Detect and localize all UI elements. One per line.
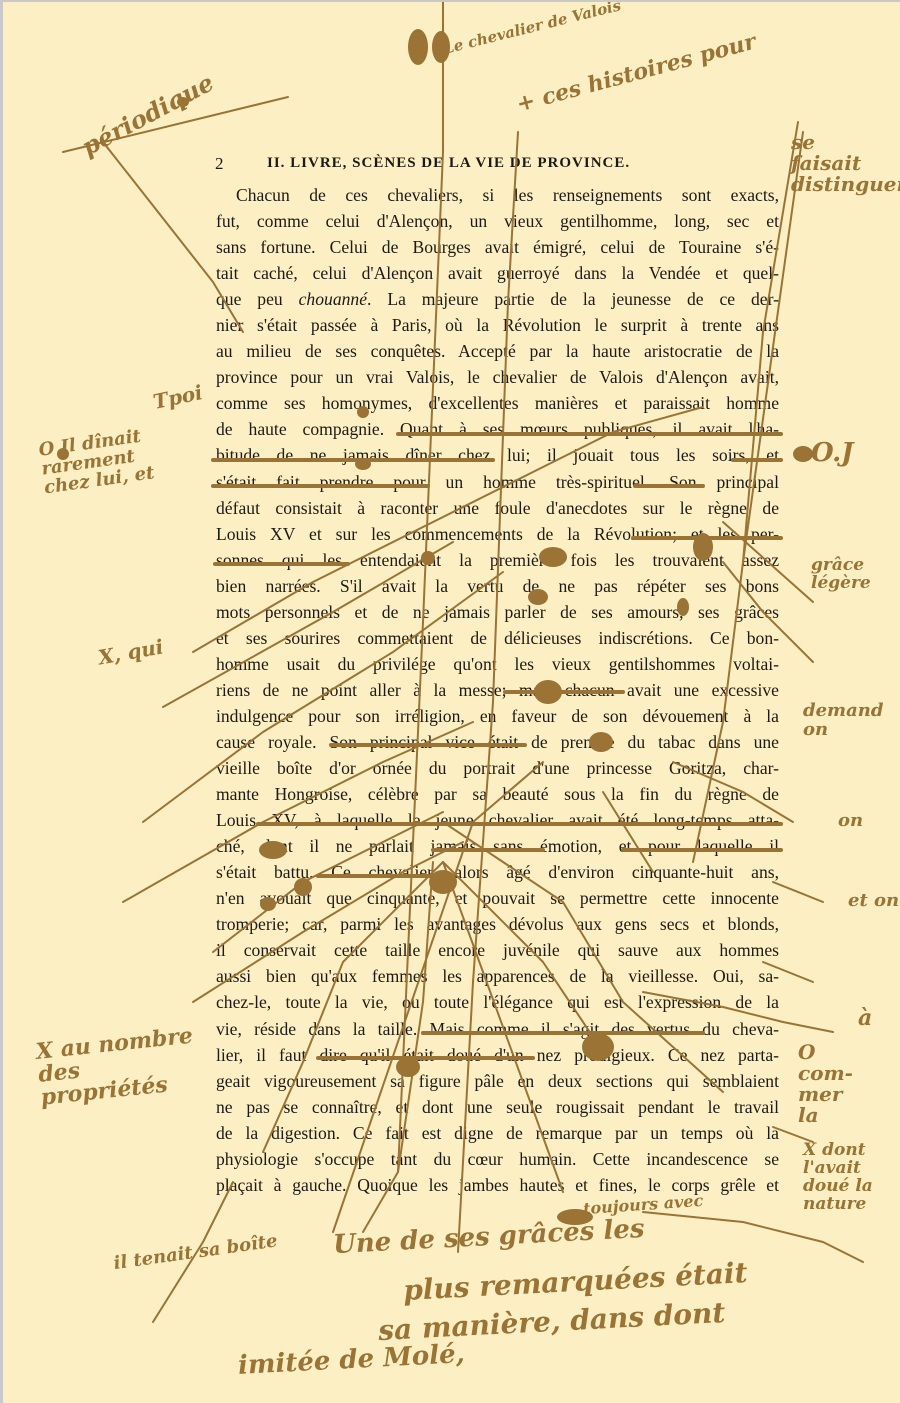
text-line: indulgence pour son irréligion, en faveu… [216, 703, 779, 729]
text-line: tromperie; car, parmi les avantages dévo… [216, 911, 779, 937]
note-right-1: se faisait distinguer [791, 132, 891, 195]
running-head: 2 II. LIVRE, SCÈNES DE LA VIE DE PROVINC… [215, 154, 781, 176]
text-line: chez-le, toute la vie, ou toute l'élégan… [216, 989, 779, 1015]
note-right-2: O.J [811, 440, 853, 467]
text-line: comme ses homonymes, d'excellentes maniè… [216, 390, 779, 416]
text-line: riens de ne point aller à la messe; mais… [216, 677, 779, 703]
text-line: sonnes qui les entendaient la première f… [216, 547, 779, 573]
italic-word: chouanné [299, 289, 367, 309]
text-line: tait caché, celui d'Alençon avait guerro… [216, 260, 779, 286]
text-line: bien narrées. S'il avait la vertu de ne … [216, 573, 779, 599]
text-line: physiologie s'occupe tant du cœur humain… [216, 1146, 779, 1172]
text-line: bitude de ne jamais dîner chez lui; il j… [216, 442, 779, 468]
text-line: défaut consistait à raconter une foule d… [216, 495, 779, 521]
text-line: Chacun de ces chevaliers, si les renseig… [216, 182, 779, 208]
text-line: vie, réside dans la taille. Mais comme i… [216, 1016, 779, 1042]
text-line: il conservait cette taille encore juvéni… [216, 937, 779, 963]
text-line: homme usait du privilége qu'ont les vieu… [216, 651, 779, 677]
text-line: geait vigoureusement sa figure pâle en d… [216, 1068, 779, 1094]
text-line: et ses sourires commettaient de délicieu… [216, 625, 779, 651]
text-line: n'en avouait que cinquante, et pouvait s… [216, 885, 779, 911]
text-line: Louis XV, à laquelle le jeune chevalier … [216, 807, 779, 833]
text-line: que peu chouanné. La majeure partie de l… [216, 286, 779, 312]
text-line: Louis XV et sur les commencements de la … [216, 521, 779, 547]
text-line: nier s'était passée à Paris, où la Révol… [216, 312, 779, 338]
text-line: mante Hongroise, célèbre par sa beauté s… [216, 781, 779, 807]
text-line: fut, comme celui d'Alençon, un vieux gen… [216, 208, 779, 234]
text-line: ché, dont il ne parlait jamais sans émot… [216, 833, 779, 859]
note-right-6: et on [848, 892, 899, 911]
text-line: au milieu de ses conquêtes. Accepté par … [216, 338, 779, 364]
note-right-8: O com- mer la [798, 1042, 868, 1126]
text-line: s'était fait prendre pour un homme très-… [216, 469, 779, 495]
text-line: mots personnels et de ne jamais parler d… [216, 599, 779, 625]
note-right-4: demand on [803, 702, 883, 740]
text-line: de la digestion. Ce fait est digne de re… [216, 1120, 779, 1146]
note-right-7: à [858, 1007, 872, 1030]
running-head-title: II. LIVRE, SCÈNES DE LA VIE DE PROVINCE. [267, 155, 630, 172]
note-right-9: X dont l'avait doué la nature [803, 1142, 899, 1213]
note-right-5: on [838, 812, 863, 831]
text-line: ne pas se connaître, et dont une seule r… [216, 1094, 779, 1120]
text-line: sans fortune. Celui de Bourges avait émi… [216, 234, 779, 260]
text-line: vieille boîte d'or ornée du portrait d'u… [216, 755, 779, 781]
text-line: lier, il faut dire qu'il était doué d'un… [216, 1042, 779, 1068]
text-line: s'était battu. Ce chevalier, alors âgé d… [216, 859, 779, 885]
text-line: cause royale. Son principal vice était d… [216, 729, 779, 755]
page-number: 2 [215, 154, 224, 174]
note-right-3: grâce légère [811, 557, 891, 593]
printed-text: 2 II. LIVRE, SCÈNES DE LA VIE DE PROVINC… [3, 2, 900, 1403]
body-text: Chacun de ces chevaliers, si les renseig… [216, 182, 779, 1198]
manuscript-page: 2 II. LIVRE, SCÈNES DE LA VIE DE PROVINC… [3, 2, 900, 1403]
text-line: aussi bien qu'aux femmes les apparences … [216, 963, 779, 989]
text-line: province pour un vrai Valois, le chevali… [216, 364, 779, 390]
text-line: de haute compagnie. Quant à ses mœurs pu… [216, 416, 779, 442]
